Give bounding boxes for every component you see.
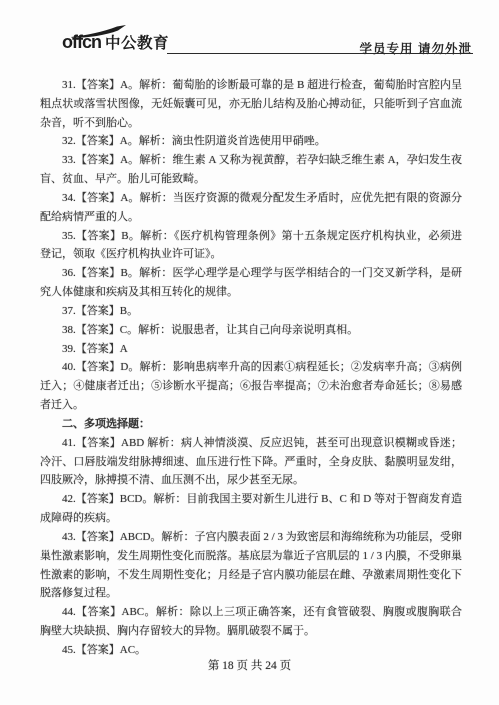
offcn-logo: offcn 中公教育 — [62, 33, 169, 52]
document-line: 40.【答案】D。解析：影响患病率升高的因素①病程延长；②发病率升高；③病例 — [40, 358, 462, 377]
document-line: 41.【答案】ABD 解析：病人神情淡漠、反应迟钝，甚至可出现意识模糊或昏迷；出 — [40, 434, 462, 453]
document-line: 巢性激素影响，发生周期性变化而脱落。基底层为靠近子宫肌层的 1 / 3 内膜，不… — [40, 547, 462, 566]
header-rule — [167, 53, 473, 54]
document-line: 冷汗、口唇肢端发绀脉搏细速、血压进行性下降。严重时，全身皮肤、黏膜明显发绀， — [40, 453, 462, 472]
page-number: 第 18 页 共 24 页 — [208, 660, 291, 672]
document-line: 38.【答案】C。解析：说服患者，让其自己向母亲说明真相。 — [40, 321, 462, 340]
document-line: 脱落修复过程。 — [40, 584, 462, 603]
document-line: 迁入；④健康者迁出；⑤诊断水平提高；⑥报告率提高；⑦未治愈者寿命延长；⑧易感 — [40, 377, 462, 396]
document-line: 性激素的影响，不发生周期性变化；月经是子宫内膜功能层在雌、孕激素周期性变化下 — [40, 566, 462, 585]
header: offcn 中公教育 学员专用 请勿外泄 — [0, 0, 499, 60]
document-line: 32.【答案】A。解析：滴虫性阴道炎首选使用甲硝唑。 — [40, 132, 462, 151]
document-line: 登记，领取《医疗机构执业许可证》。 — [40, 245, 462, 264]
document-line: 39.【答案】A — [40, 340, 462, 359]
document-line: 成障碍的疾病。 — [40, 509, 462, 528]
document-page: offcn 中公教育 学员专用 请勿外泄 31.【答案】A。解析：葡萄胎的诊断最… — [0, 0, 499, 705]
document-line: 杂音，听不到胎心。 — [40, 114, 462, 133]
document-line: 31.【答案】A。解析：葡萄胎的诊断最可靠的是 B 超进行检查，葡萄胎时宫腔内呈 — [40, 76, 462, 95]
document-line: 胸壁大块缺损、胸内存留较大的异物。膈肌破裂不属于。 — [40, 622, 462, 641]
document-line: 33.【答案】A。解析：维生素 A 又称为视黄醇，若孕妇缺乏维生素 A，孕妇发生… — [40, 151, 462, 170]
footer: 第 18 页 共 24 页 — [0, 657, 499, 673]
document-line: 粗点状或落雪状图像，无妊娠囊可见，亦无胎儿结构及胎心搏动征，只能听到子宫血流 — [40, 95, 462, 114]
document-line: 者迁入。 — [40, 396, 462, 415]
document-line: 42.【答案】BCD。解析：目前我国主要对新生儿进行 B、C 和 D 等对于智商… — [40, 490, 462, 509]
document-line: 43.【答案】ABCD。解析：子宫内膜表面 2 / 3 为致密层和海绵统称为功能… — [40, 528, 462, 547]
document-line: 36.【答案】B。解析：医学心理学是心理学与医学相结合的一门交叉新学科，是研 — [40, 264, 462, 283]
document-line: 34.【答案】A。解析：当医疗资源的微观分配发生矛盾时，应优先把有限的资源分 — [40, 189, 462, 208]
document-line: 35.【答案】B。解析：《医疗机构管理条例》第十五条规定医疗机构执业，必须进行 — [40, 227, 462, 246]
confidential-notice: 学员专用 请勿外泄 — [360, 39, 472, 57]
document-line: 37.【答案】B。 — [40, 302, 462, 321]
document-line: 配给病情严重的人。 — [40, 208, 462, 227]
document-line: 二、多项选择题： — [40, 415, 462, 434]
logo-wordmark-cjk: 中公教育 — [105, 36, 169, 52]
document-line: 44.【答案】ABC。解析：除以上三项正确答案，还有食管破裂、胸腹或腹胸联合伤、 — [40, 603, 462, 622]
document-line: 四肢厥冷，脉搏摸不清、血压测不出，尿少甚至无尿。 — [40, 471, 462, 490]
document-body: 31.【答案】A。解析：葡萄胎的诊断最可靠的是 B 超进行检查，葡萄胎时宫腔内呈… — [40, 76, 462, 660]
swoosh-icon — [71, 25, 127, 38]
document-line: 究人体健康和疾病及其相互转化的规律。 — [40, 283, 462, 302]
document-line: 盲、贫血、早产。胎儿可能致畸。 — [40, 170, 462, 189]
